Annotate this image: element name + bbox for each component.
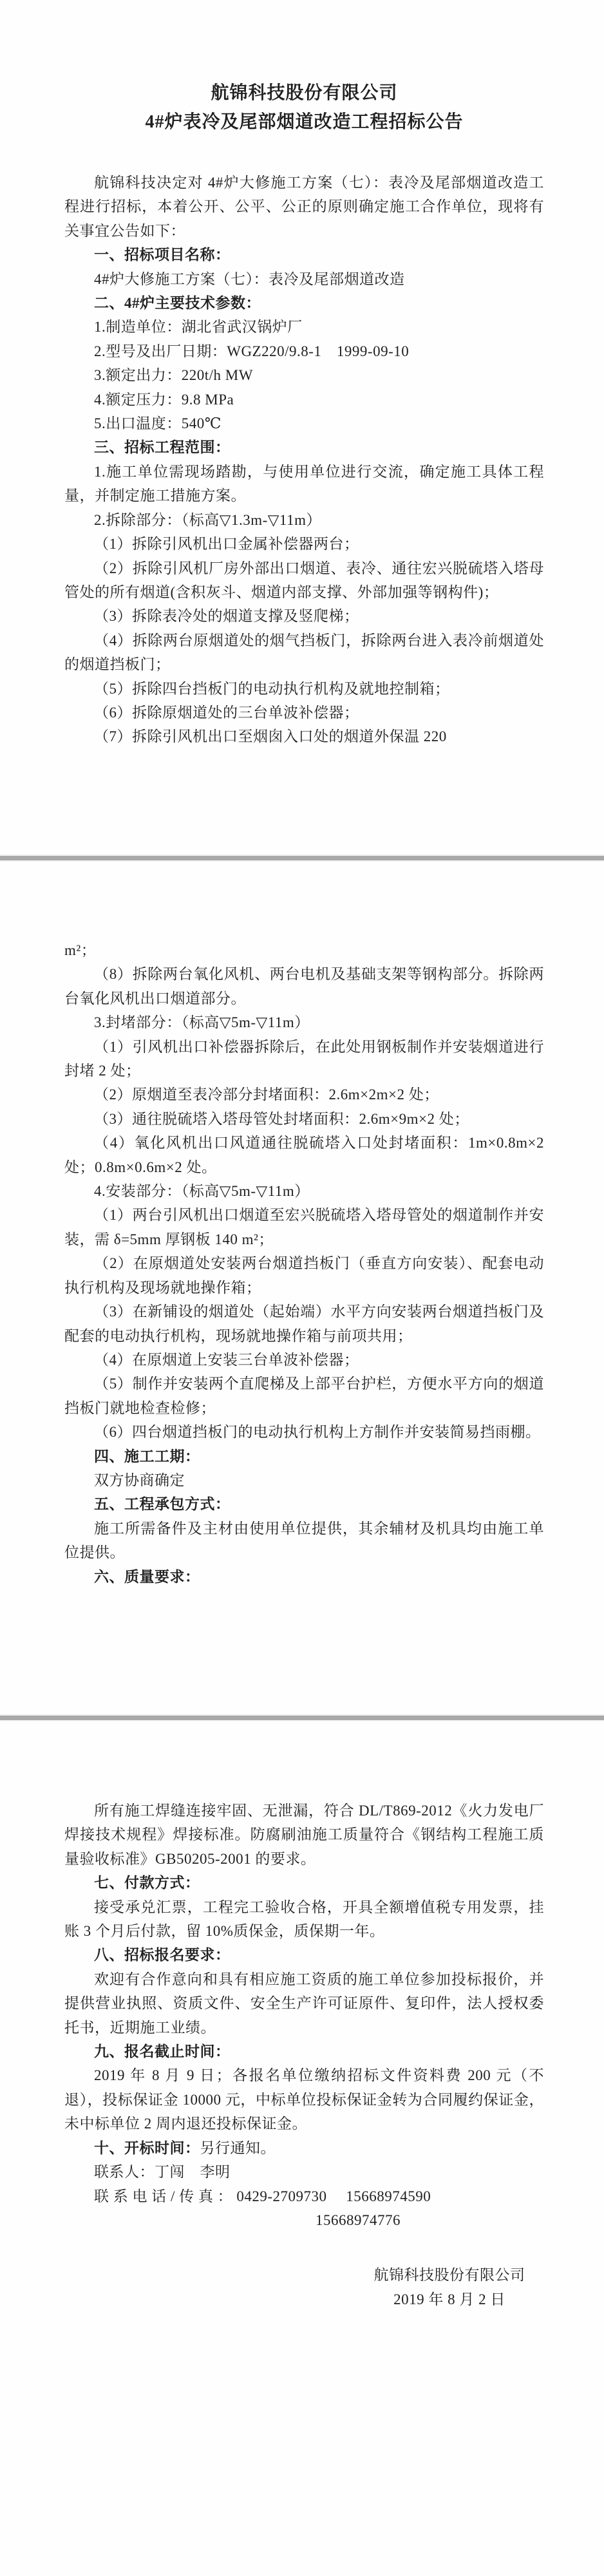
demolition-item: （3）拆除表冷处的烟道支撑及竖爬梯； bbox=[64, 604, 544, 628]
install-item: （1）两台引风机出口烟道至宏兴脱硫塔入塔母管处的烟道制作并安装，需 δ=5mm … bbox=[64, 1203, 544, 1251]
document-page-1: 航锦科技股份有限公司 4#炉表冷及尾部烟道改造工程招标公告 航锦科技决定对 4#… bbox=[0, 0, 604, 855]
contract-mode-text: 施工所需备件及主材由使用单位提供，其余辅材及机具均由施工单位提供。 bbox=[64, 1517, 544, 1565]
company-title: 航锦科技股份有限公司 bbox=[64, 79, 544, 108]
registration-text: 欢迎有合作意向和具有相应施工资质的施工单位参加投标报价，并提供营业执照、资质文件… bbox=[64, 1967, 544, 2040]
section-heading-6: 六、质量要求： bbox=[64, 1565, 544, 1589]
scope-item: 1.施工单位需现场踏勘，与使用单位进行交流，确定施工具体工程量，并制定施工措施方… bbox=[64, 460, 544, 508]
seal-section-title: 3.封堵部分：（标高▽5m-▽11m） bbox=[64, 1010, 544, 1034]
section-heading-1: 一、招标项目名称： bbox=[64, 243, 544, 267]
demolition-item: （8）拆除两台氧化风机、两台电机及基础支架等钢构部分。拆除两台氧化风机出口烟道部… bbox=[64, 962, 544, 1010]
document-page-2: m²； （8）拆除两台氧化风机、两台电机及基础支架等钢构部分。拆除两台氧化风机出… bbox=[0, 862, 604, 1714]
intro-paragraph: 航锦科技决定对 4#炉大修施工方案（七）：表冷及尾部烟道改造工程进行招标，本着公… bbox=[64, 171, 544, 243]
tech-param-line: 4.额定压力：9.8 MPa bbox=[64, 388, 544, 412]
demolition-item: （5）拆除四台挡板门的电动执行机构及就地控制箱； bbox=[64, 677, 544, 701]
scope-item: 2.拆除部分：（标高▽1.3m-▽11m） bbox=[64, 508, 544, 532]
signature-date: 2019 年 8 月 2 日 bbox=[353, 2287, 546, 2311]
demolition-item: （7）拆除引风机出口至烟囱入口处的烟道外保温 220 bbox=[64, 724, 544, 748]
deadline-text: 2019 年 8 月 9 日；各报名单位缴纳招标文件资料费 200 元（不退），… bbox=[64, 2063, 544, 2136]
install-item: （3）在新铺设的烟道处（起始端）水平方向安装两台烟道挡板门及配套的电动执行机构，… bbox=[64, 1300, 544, 1348]
project-name: 4#炉大修施工方案（七）：表冷及尾部烟道改造 bbox=[64, 267, 544, 291]
title-block: 航锦科技股份有限公司 4#炉表冷及尾部烟道改造工程招标公告 bbox=[64, 79, 544, 137]
signature-company: 航锦科技股份有限公司 bbox=[353, 2263, 546, 2287]
scanned-tender-document: 航锦科技股份有限公司 4#炉表冷及尾部烟道改造工程招标公告 航锦科技决定对 4#… bbox=[0, 0, 604, 2576]
seal-item: （2）原烟道至表冷部分封堵面积：2.6m×2m×2 处； bbox=[64, 1083, 544, 1106]
open-time-value: 另行通知。 bbox=[200, 2140, 276, 2156]
install-section-title: 4.安装部分：（标高▽5m-▽11m） bbox=[64, 1179, 544, 1203]
install-item: （6）四台烟道挡板门的电动执行机构上方制作并安装简易挡雨棚。 bbox=[64, 1420, 544, 1444]
contact-phone-line: 联 系 电 话 / 传 真 ： 0429-2709730 15668974590 bbox=[64, 2184, 544, 2208]
seal-item: （4）氧化风机出口风道通往脱硫塔入口处封堵面积：1m×0.8m×2 处；0.8m… bbox=[64, 1131, 544, 1179]
install-item: （2）在原烟道处安装两台烟道挡板门（垂直方向安装）、配套电动执行机构及现场就地操… bbox=[64, 1251, 544, 1300]
section-heading-2: 二、4#炉主要技术参数： bbox=[64, 291, 544, 315]
tech-param-line: 3.额定出力：220t/h MW bbox=[64, 363, 544, 387]
document-page-3: 所有施工焊缝连接牢固、无泄漏，符合 DL/T869-2012《火力发电厂焊接技术… bbox=[0, 1721, 604, 2576]
section-heading-9: 九、报名截止时间： bbox=[64, 2040, 544, 2063]
tech-param-line: 1.制造单位：湖北省武汉锅炉厂 bbox=[64, 315, 544, 339]
quality-text: 所有施工焊缝连接牢固、无泄漏，符合 DL/T869-2012《火力发电厂焊接技术… bbox=[64, 1799, 544, 1871]
demolition-item: （1）拆除引风机出口金属补偿器两台； bbox=[64, 532, 544, 556]
install-item: （5）制作并安装两个直爬梯及上部平台护栏，方便水平方向的烟道挡板门就地检查检修； bbox=[64, 1372, 544, 1420]
demolition-item: （4）拆除两台原烟道处的烟气挡板门，拆除两台进入表冷前烟道处的烟道挡板门； bbox=[64, 629, 544, 677]
signature-block: 航锦科技股份有限公司 2019 年 8 月 2 日 bbox=[353, 2263, 546, 2311]
page-divider bbox=[0, 855, 604, 862]
duration-text: 双方协商确定 bbox=[64, 1468, 544, 1492]
continuation-line: m²； bbox=[64, 938, 544, 962]
section-heading-10: 十、开标时间： bbox=[94, 2140, 200, 2156]
demolition-item: （6）拆除原烟道处的三台单波补偿器； bbox=[64, 701, 544, 724]
seal-item: （1）引风机出口补偿器拆除后，在此处用钢板制作并安装烟道进行封堵 2 处； bbox=[64, 1035, 544, 1083]
contact-person-line: 联系人：丁闯 李明 bbox=[64, 2160, 544, 2184]
section-heading-8: 八、招标报名要求： bbox=[64, 1943, 544, 1967]
page-divider bbox=[0, 1714, 604, 1721]
tech-param-line: 2.型号及出厂日期：WGZ220/9.8-1 1999-09-10 bbox=[64, 339, 544, 363]
install-item: （4）在原烟道上安装三台单波补偿器； bbox=[64, 1348, 544, 1372]
announcement-title: 4#炉表冷及尾部烟道改造工程招标公告 bbox=[64, 108, 544, 137]
section-heading-7: 七、付款方式： bbox=[64, 1871, 544, 1895]
tech-param-line: 5.出口温度：540℃ bbox=[64, 412, 544, 435]
demolition-item: （2）拆除引风机厂房外部出口烟道、表冷、通往宏兴脱硫塔入塔母管处的所有烟道(含积… bbox=[64, 556, 544, 605]
section-heading-4: 四、施工工期： bbox=[64, 1444, 544, 1468]
section-heading-5: 五、工程承包方式： bbox=[64, 1492, 544, 1516]
payment-text: 接受承兑汇票，工程完工验收合格，开具全额增值税专用发票，挂账 3 个月后付款，留… bbox=[64, 1895, 544, 1944]
section-heading-3: 三、招标工程范围： bbox=[64, 435, 544, 459]
seal-item: （3）通往脱硫塔入塔母管处封堵面积：2.6m×9m×2 处； bbox=[64, 1107, 544, 1131]
contact-phone-line-2: 15668974776 bbox=[316, 2208, 544, 2232]
open-time-line: 十、开标时间：另行通知。 bbox=[64, 2136, 544, 2160]
